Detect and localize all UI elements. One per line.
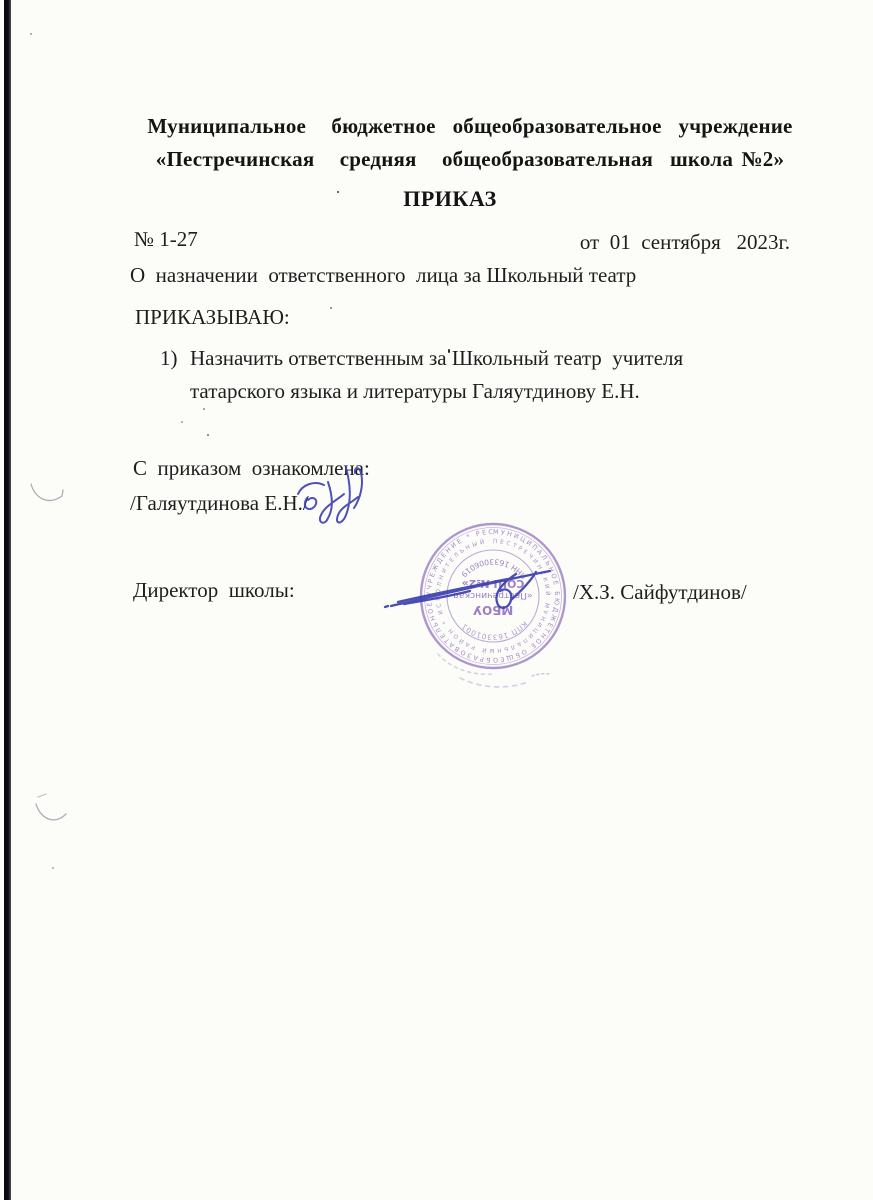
order-item-1: 1) Назначить ответственным за Школьный т… [160,342,775,408]
item-text: Назначить ответственным за Школьный теат… [190,342,775,408]
scan-curl-artifact-top [28,478,78,518]
scan-speck [203,408,205,410]
order-subject: О назначении ответственного лица за Школ… [130,262,636,288]
scan-speck [337,191,339,193]
scanned-order-document: Муниципальное бюджетное общеобразователь… [0,0,873,1200]
decree-word: ПРИКАЗЫВАЮ: [135,304,290,330]
scan-speck [448,349,450,353]
scan-speck [181,421,183,423]
teacher-signature-ink [288,460,388,545]
scan-speck [207,434,209,436]
svg-text:КПП 163301001: КПП 163301001 [459,619,529,641]
order-date: от 01 сентября 2023г. [134,229,790,255]
org-name-line2: «Пестречинская средняя общеобразовательн… [140,143,800,176]
scan-speck [30,33,32,35]
scan-edge-line [4,0,11,1200]
director-label: Директор школы: [133,577,295,603]
director-signature-ink [378,558,578,618]
stamp-ghost-marks [420,642,560,702]
doc-type-title: ПРИКАЗ [120,186,780,212]
scan-speck [52,867,54,869]
scan-speck [330,307,332,309]
item-marker: 1) [160,342,190,408]
scan-curl-artifact-bottom [30,790,80,836]
stamp-kpp-text: КПП 163301001 [459,619,529,641]
director-name: /Х.З. Сайфутдинов/ [573,579,747,605]
acknowledgement-name: /Галяутдинова Е.Н./ [130,490,309,516]
org-name-line1: Муниципальное бюджетное общеобразователь… [140,110,800,143]
